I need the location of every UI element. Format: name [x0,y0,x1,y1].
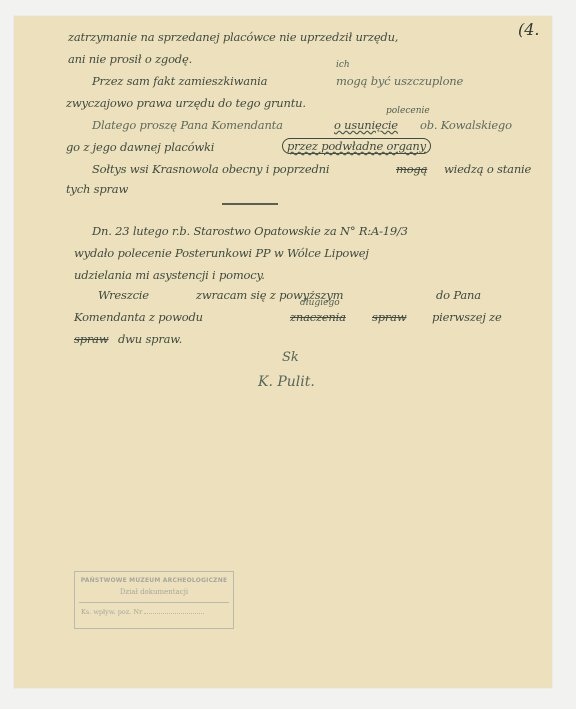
text-line-12c: do Pana [436,288,481,302]
text-line-3: Przez sam fakt zamieszkiwania [92,74,267,88]
stamp-title: PAŃSTWOWE MUZEUM ARCHEOLOGICZNE [75,577,233,584]
text-line-5b: ob. Kowalskiego [420,118,512,132]
text-line-1: zatrzymanie na sprzedanej placówce nie u… [68,30,398,44]
stamp-register-label: Ks. wpływ. poz. Nr [81,608,142,616]
text-line-13: Komendanta z powodu [74,310,203,324]
insertion-dlugiego: długiego [300,298,340,308]
text-line-12: Wreszcie [98,288,149,302]
text-line-7: Sołtys wsi Krasnowola obecny i poprzedni [92,162,329,176]
stamp-register: Ks. wpływ. poz. Nr [81,608,233,616]
text-line-7b: wiedzą o stanie [444,162,531,176]
signature-name: K. Pulit. [258,374,315,390]
text-line-13-struck: znaczenia [290,310,346,324]
text-line-5-struck: o usunięcie [334,118,398,132]
text-line-11: udzielania mi asystencji i pomocy. [74,268,265,282]
text-line-8: tych spraw [66,182,128,196]
insertion-polecenie: polecenie [386,106,430,116]
text-line-3b: mogą być uszczuplone [336,74,463,88]
text-line-2: ani nie prosił o zgodę. [68,52,192,66]
text-line-5: Dlatego proszę Pana Komendanta [92,118,283,132]
stamp-register-field [144,613,204,614]
text-line-14: dwu spraw. [118,332,182,346]
insertion-ich: ich [336,60,350,70]
page-number: (4. [518,20,540,39]
signature-initials: Sk [282,350,299,365]
stamp-divider [79,602,229,603]
stamp-department: Dział dokumentacji [75,588,233,596]
text-line-13-struck-2: spraw [372,310,406,324]
archive-stamp: PAŃSTWOWE MUZEUM ARCHEOLOGICZNE Dział do… [74,571,234,629]
text-line-13b: pierwszej ze [432,310,502,324]
text-line-14-struck: spraw [74,332,108,346]
text-line-10: wydało polecenie Posterunkowi PP w Wólce… [74,246,369,260]
text-line-4: zwyczajowo prawa urzędu do tego gruntu. [66,96,306,110]
text-line-7-struck: mogą [396,162,427,176]
text-line-6-circled: przez podwładne organy [282,138,431,154]
text-line-9: Dn. 23 lutego r.b. Starostwo Opatowskie … [92,224,408,238]
text-line-6: go z jego dawnej placówki [66,140,214,154]
section-divider [222,203,278,205]
